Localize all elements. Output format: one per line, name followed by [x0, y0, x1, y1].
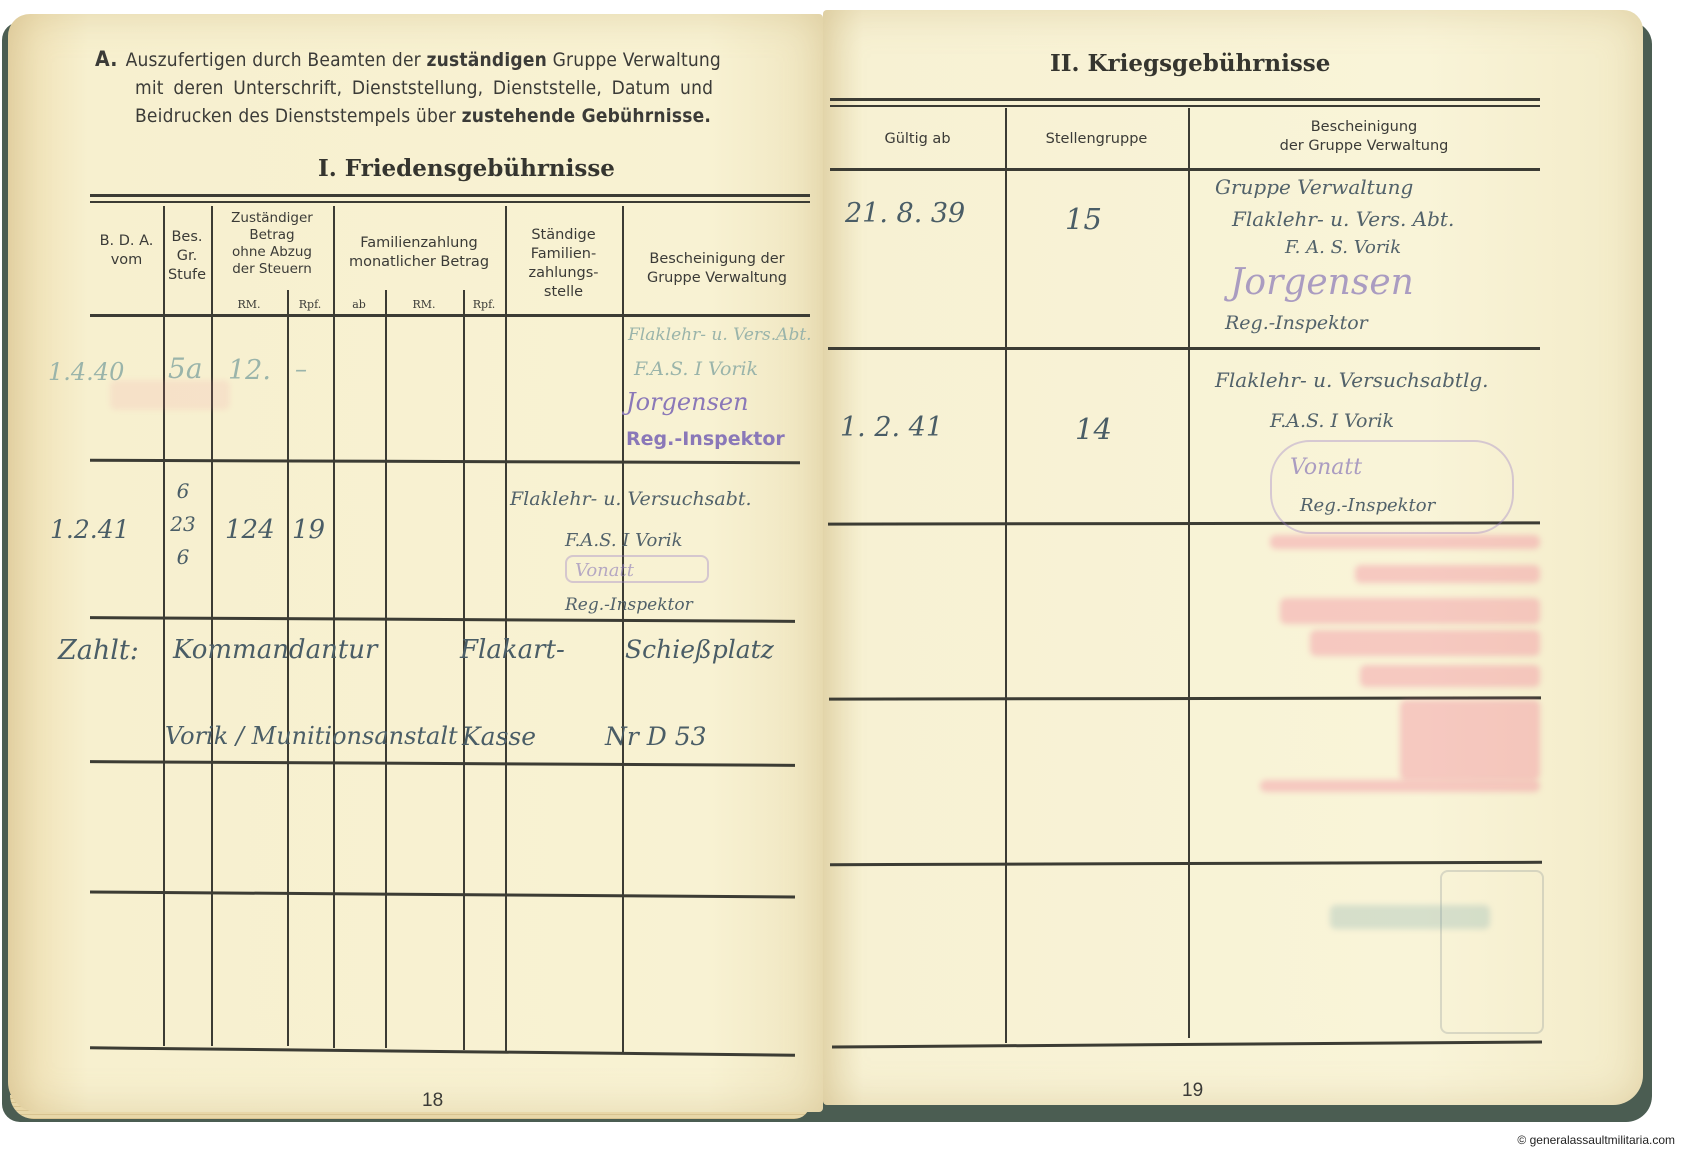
stamp-outline	[565, 555, 709, 583]
header-bda-vom: B. D. A. vom	[90, 232, 163, 270]
red-stamp-mark	[1400, 700, 1540, 780]
header-zustaendiger-betrag: Zuständiger Betrag ohne Abzug der Steuer…	[211, 210, 333, 278]
table-top-rule	[90, 194, 810, 197]
col-divider	[622, 206, 624, 1052]
col-divider	[211, 206, 213, 1046]
instruction-text: Beidrucken des Dienststempels über	[135, 105, 462, 127]
cell-bescheinigung-line: F.A.S. I Vorik	[634, 358, 758, 380]
col-divider	[1188, 108, 1190, 1038]
subheader-rpf: Rpf.	[287, 298, 333, 311]
cell-bescheinigung-line: F. A. S. Vorik	[1285, 237, 1401, 258]
cell-bescheinigung-line: Flaklehr- u. Vers. Abt.	[1232, 207, 1454, 231]
instruction-text: Auszufertigen durch Beamten der	[126, 49, 427, 71]
red-stamp-mark	[1280, 598, 1540, 624]
cell-bescheinigung-line: Flaklehr- u. Vers.Abt.	[628, 325, 812, 345]
table-top-rule-thin	[90, 201, 810, 203]
note-zahlt: Zahlt:	[58, 635, 139, 666]
red-stamp-mark	[1360, 665, 1540, 687]
cell-rpf: –	[295, 355, 307, 383]
header-bottom-rule	[830, 168, 1540, 171]
header-stellengruppe: Stellengruppe	[1005, 130, 1188, 149]
red-stamp-mark	[1270, 535, 1540, 549]
note-kommandantur: Kommandantur	[173, 635, 377, 665]
subheader-ab: ab	[333, 298, 385, 311]
note-flakart: Flakart-	[460, 635, 565, 665]
signature: Jorgensen	[626, 388, 749, 416]
instruction-text: Gruppe Verwaltung	[547, 49, 721, 71]
header-familienzahlung: Familienzahlung monatlicher Betrag	[333, 234, 505, 272]
faded-stamp	[1440, 870, 1544, 1034]
col-divider	[385, 290, 387, 1048]
cell-gueltig-ab: 1. 2. 41	[840, 412, 943, 443]
col-divider	[287, 290, 289, 1046]
subheader-rm: RM.	[211, 298, 287, 311]
cell-bes-gr: 6236	[168, 475, 198, 574]
cell-bescheinigung-line: Flaklehr- u. Versuchsabtlg.	[1215, 368, 1489, 392]
cell-bescheinigung-line: Reg.-Inspektor	[565, 595, 693, 615]
section-title-kriegs: II. Kriegsgebührnisse	[1050, 50, 1330, 77]
page-number-right: 19	[1182, 1080, 1203, 1102]
instruction-block: A.Auszufertigen durch Beamten der zustän…	[95, 45, 815, 130]
cell-gueltig-ab: 21. 8. 39	[845, 198, 965, 229]
cell-rm: 124	[225, 515, 275, 545]
header-gueltig-ab: Gültig ab	[830, 130, 1005, 149]
subheader-fam-rpf: Rpf.	[463, 298, 505, 311]
col-divider	[463, 290, 465, 1050]
header-bescheinigung: Bescheinigung der Gruppe Verwaltung	[1188, 118, 1540, 156]
col-divider	[505, 206, 507, 1051]
instruction-letter: A.	[95, 47, 118, 71]
cell-staendige: Flaklehr- u. Versuchsabt.	[510, 488, 752, 510]
faded-blue-stamp	[1330, 905, 1490, 929]
stamp-outline	[1270, 440, 1514, 534]
faded-stamp	[110, 380, 230, 410]
watermark: © generalassaultmilitaria.com	[1517, 1133, 1675, 1147]
signature: Jorgensen	[1230, 262, 1414, 303]
red-stamp-mark	[1310, 630, 1540, 656]
instruction-line-2: mit deren Unterschrift, Dienststellung, …	[95, 74, 815, 102]
cell-rm: 12.	[228, 355, 271, 386]
header-staendige-familienzahlungsstelle: Ständige Familien- zahlungs- stelle	[505, 226, 622, 302]
cell-stellengruppe: 14	[1075, 412, 1112, 446]
header-bes-gr-stufe: Bes. Gr. Stufe	[163, 228, 211, 285]
cell-bescheinigung-line: Gruppe Verwaltung	[1215, 175, 1413, 199]
col-divider	[163, 206, 165, 1046]
cell-rpf: 19	[292, 515, 325, 545]
col-divider	[1005, 108, 1007, 1043]
note-nr: Nr D 53	[605, 722, 707, 751]
header-bottom-rule	[90, 314, 810, 317]
cell-bescheinigung-line: Reg.-Inspektor	[1225, 312, 1368, 334]
header-bescheinigung: Bescheinigung der Gruppe Verwaltung	[622, 250, 812, 288]
col-divider	[333, 206, 335, 1048]
subheader-fam-rm: RM.	[385, 298, 463, 311]
instruction-bold: zustehende Gebührnisse.	[462, 105, 712, 127]
note-munitionsanstalt: Vorik / Munitionsanstalt	[165, 722, 458, 750]
instruction-bold: zuständigen	[427, 49, 547, 71]
red-stamp-mark	[1355, 565, 1540, 583]
page-number-left: 18	[422, 1090, 443, 1112]
cell-bescheinigung-line: F.A.S. I Vorik	[565, 530, 683, 551]
row-rule	[828, 347, 1540, 350]
cell-bescheinigung-line: F.A.S. I Vorik	[1270, 410, 1394, 432]
note-schiessplatz: Schießplatz	[625, 635, 774, 664]
table-top-rule	[830, 98, 1540, 101]
cell-stellengruppe: 15	[1065, 202, 1102, 236]
note-kasse: Kasse	[462, 722, 536, 751]
section-title-friedens: I. Friedensgebührnisse	[318, 155, 615, 182]
stamp-reg-inspektor: Reg.-Inspektor	[626, 428, 785, 450]
red-stamp-mark	[1260, 780, 1540, 792]
table-top-rule-thin	[830, 105, 1540, 107]
cell-bda-vom: 1.2.41	[50, 515, 130, 544]
